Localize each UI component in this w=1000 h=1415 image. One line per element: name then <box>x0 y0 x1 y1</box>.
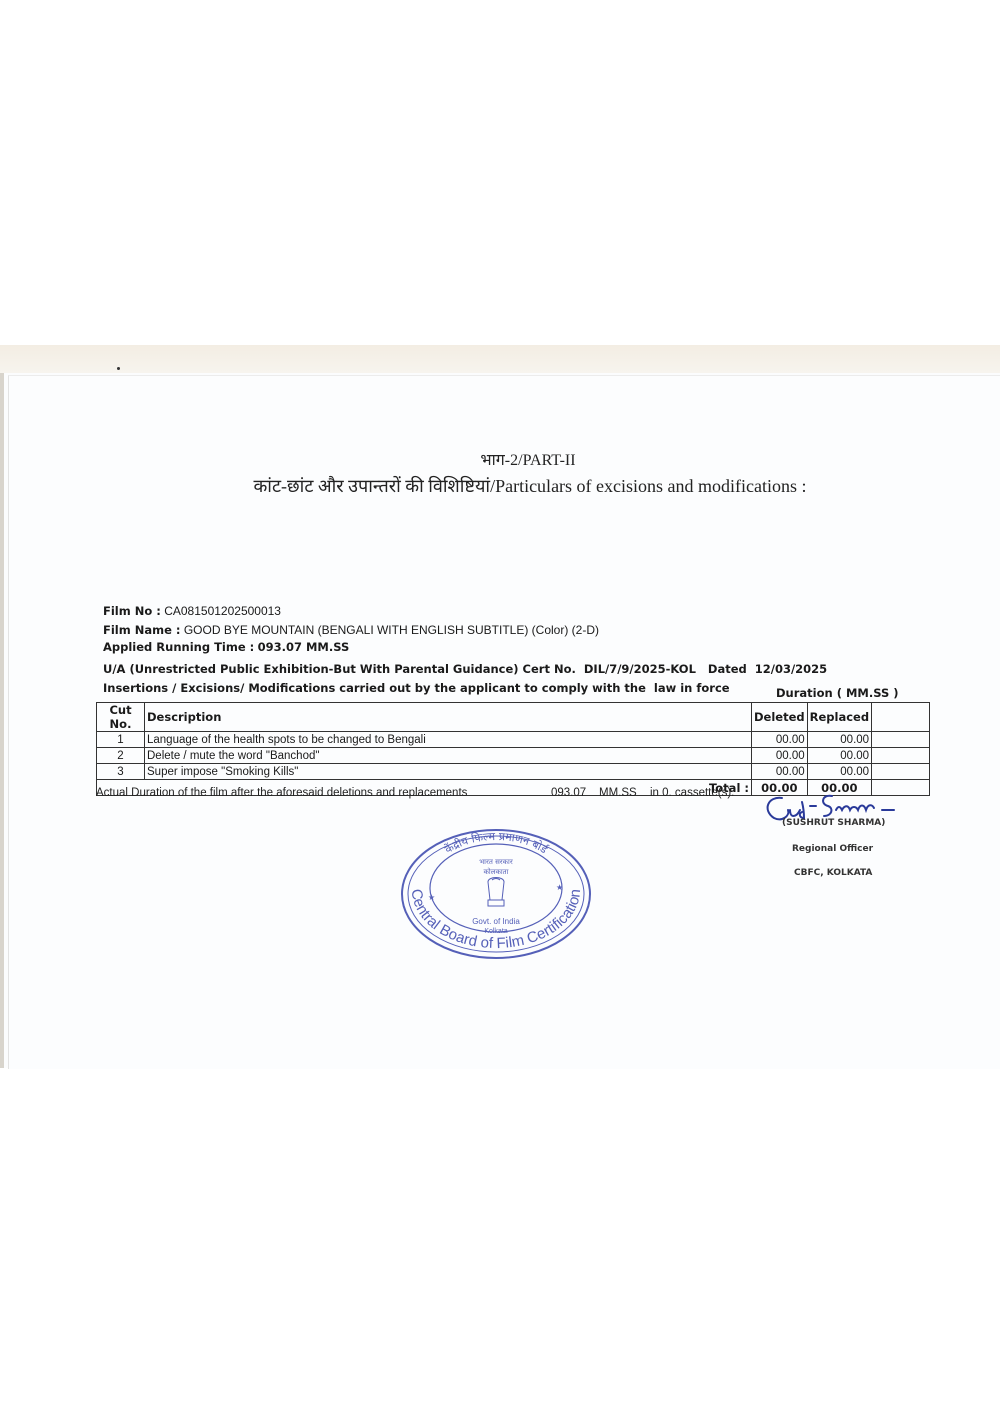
table-row: 2 Delete / mute the word "Banchod" 00.00… <box>97 748 930 764</box>
cell-cut-no: 3 <box>97 764 145 780</box>
table-header-row: Cut No. Description Deleted Replaced <box>97 703 930 732</box>
film-no-field: Film No : CA081501202500013 <box>103 604 281 618</box>
film-no-value: CA081501202500013 <box>164 604 281 618</box>
cbfc-seal-stamp: Central Board of Film Certification केंद… <box>398 826 594 962</box>
running-time-field: Applied Running Time : 093.07 MM.SS <box>103 640 349 654</box>
scan-top-band <box>0 345 1000 373</box>
cell-description: Language of the health spots to be chang… <box>145 732 752 748</box>
film-name-field: Film Name : GOOD BYE MOUNTAIN (BENGALI W… <box>103 623 599 637</box>
table-row: 3 Super impose "Smoking Kills" 00.00 00.… <box>97 764 930 780</box>
col-cut-no: Cut No. <box>97 703 145 732</box>
certificate-line: U/A (Unrestricted Public Exhibition-But … <box>103 662 827 676</box>
col-blank <box>872 703 930 732</box>
cell-blank <box>872 732 930 748</box>
officer-name: (SUSHRUT SHARMA) <box>782 818 885 828</box>
table-row: 1 Language of the health spots to be cha… <box>97 732 930 748</box>
film-name-value: GOOD BYE MOUNTAIN (BENGALI WITH ENGLISH … <box>184 623 599 637</box>
cell-blank <box>872 764 930 780</box>
stamp-star-icon: ★ <box>556 883 563 892</box>
stamp-line-1: भारत सरकार <box>479 858 513 866</box>
stamp-line-2: कोलकाता <box>484 867 509 876</box>
cell-cut-no: 2 <box>97 748 145 764</box>
actual-duration-unit: MM.SS <box>599 787 637 799</box>
officer-office: CBFC, KOLKATA <box>794 868 872 878</box>
col-description: Description <box>145 703 752 732</box>
cell-replaced: 00.00 <box>807 764 871 780</box>
cell-blank <box>872 748 930 764</box>
stamp-line-4: Kolkata <box>484 928 507 935</box>
stamp-line-3: Govt. of India <box>472 917 520 926</box>
cuts-table: Cut No. Description Deleted Replaced 1 L… <box>96 702 930 796</box>
cassette-count: in 0. cassette(s). <box>650 787 734 799</box>
film-name-label: Film Name : <box>103 623 181 637</box>
duration-header: Duration ( MM.SS ) <box>776 686 899 700</box>
film-no-label: Film No : <box>103 604 161 618</box>
cell-deleted: 00.00 <box>752 732 808 748</box>
speck <box>117 367 120 370</box>
cuts-intro: Insertions / Excisions/ Modifications ca… <box>103 681 730 695</box>
cell-replaced: 00.00 <box>807 748 871 764</box>
national-emblem-icon <box>488 878 504 907</box>
cell-description: Delete / mute the word "Banchod" <box>145 748 752 764</box>
officer-title: Regional Officer <box>792 844 873 854</box>
stamp-star-icon: ★ <box>428 893 435 902</box>
cell-deleted: 00.00 <box>752 748 808 764</box>
running-time-label: Applied Running Time : <box>103 640 254 654</box>
running-time-value: 093.07 MM.SS <box>258 640 350 654</box>
cell-description: Super impose "Smoking Kills" <box>145 764 752 780</box>
actual-duration-value: 093.07 <box>551 787 586 799</box>
cell-deleted: 00.00 <box>752 764 808 780</box>
col-replaced: Replaced <box>807 703 871 732</box>
actual-duration-label: Actual Duration of the film after the af… <box>96 787 467 799</box>
col-deleted: Deleted <box>752 703 808 732</box>
cell-cut-no: 1 <box>97 732 145 748</box>
section-subtitle: कांट-छांट और उपान्तरों की विशिष्टियां/Pa… <box>0 474 1000 498</box>
part-title: भाग-2/PART-II <box>0 448 1000 470</box>
cell-replaced: 00.00 <box>807 732 871 748</box>
